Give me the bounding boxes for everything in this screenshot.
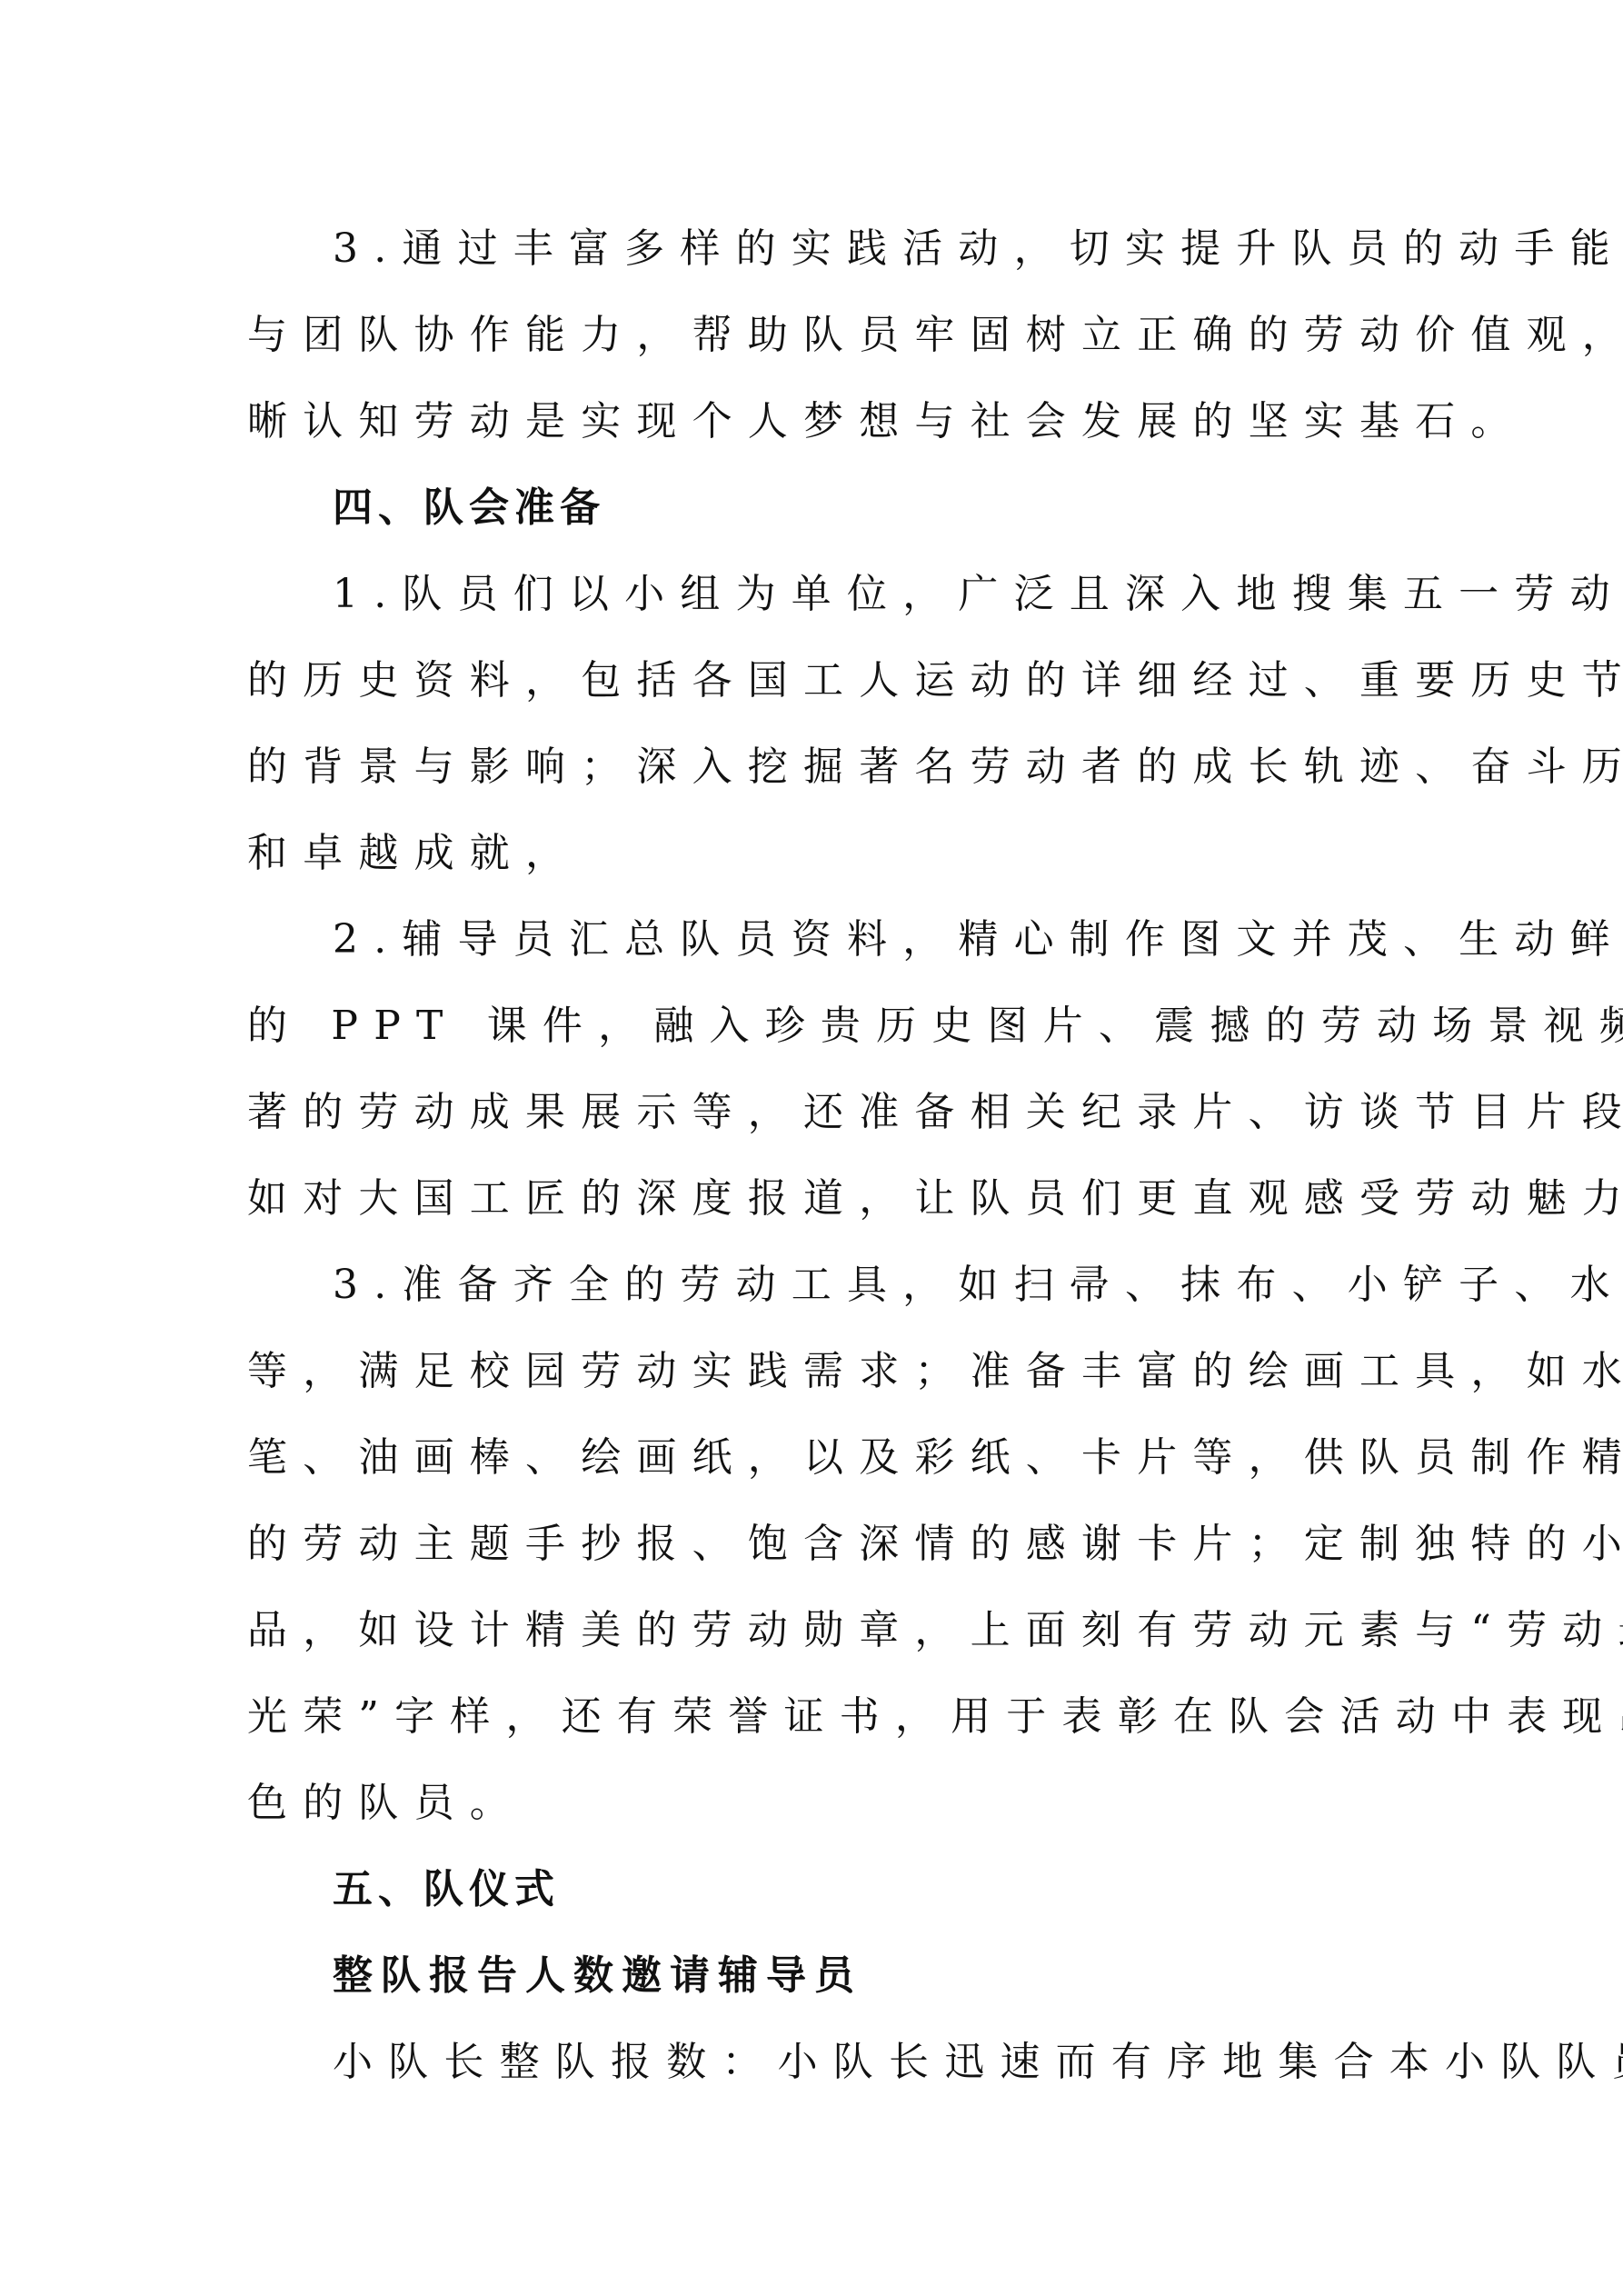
paragraph-line: 的劳动主题手抄报、饱含深情的感谢卡片；定制独特的小奖	[247, 1501, 1374, 1587]
paragraph-line: 色的队员。	[247, 1760, 1374, 1846]
paragraph-line: 和卓越成就，	[247, 810, 1374, 896]
paragraph-line: 等，满足校园劳动实践需求；准备丰富的绘画工具，如水彩	[247, 1328, 1374, 1414]
paragraph-line: 光荣”字样，还有荣誉证书，用于表彰在队会活动中表现出	[247, 1673, 1374, 1760]
paragraph-line: 笔、油画棒、绘画纸，以及彩纸、卡片等，供队员制作精美	[247, 1414, 1374, 1501]
section-heading-team-ceremony: 五、队仪式	[247, 1846, 1374, 1932]
paragraph-line: 2.辅导员汇总队员资料，精心制作图文并茂、生动鲜活	[247, 896, 1374, 983]
paragraph-line: 著的劳动成果展示等，还准备相关纪录片、访谈节目片段，	[247, 1069, 1374, 1155]
paragraph-line: 与团队协作能力，帮助队员牢固树立正确的劳动价值观，清	[247, 292, 1374, 378]
paragraph-line: 品，如设计精美的劳动勋章，上面刻有劳动元素与“劳动最	[247, 1587, 1374, 1673]
paragraph-line: 3.通过丰富多样的实践活动，切实提升队员的动手能力	[247, 205, 1374, 292]
document-page: 3.通过丰富多样的实践活动，切实提升队员的动手能力 与团队协作能力，帮助队员牢固…	[247, 205, 1374, 2105]
paragraph-line: 小队长整队报数：小队长迅速而有序地集合本小队队员，	[247, 2019, 1374, 2105]
paragraph-line: 3.准备齐全的劳动工具，如扫帚、抹布、小铲子、水桶	[247, 1242, 1374, 1328]
paragraph-line: 如对大国工匠的深度报道，让队员们更直观感受劳动魅力。	[247, 1155, 1374, 1242]
paragraph-line: 的历史资料，包括各国工人运动的详细经过、重要历史节点	[247, 637, 1374, 724]
paragraph-line: 1.队员们以小组为单位，广泛且深入地搜集五一劳动节	[247, 551, 1374, 637]
paragraph-line: 的 PPT 课件，融入珍贵历史图片、震撼的劳动场景视频、显	[247, 983, 1374, 1069]
section-heading-meeting-preparation: 四、队会准备	[247, 464, 1374, 551]
subheading-roll-call: 整队报告人数邀请辅导员	[247, 1932, 1374, 2019]
paragraph-line: 的背景与影响；深入挖掘著名劳动者的成长轨迹、奋斗历程	[247, 724, 1374, 810]
paragraph-line: 晰认知劳动是实现个人梦想与社会发展的坚实基石。	[247, 378, 1374, 464]
